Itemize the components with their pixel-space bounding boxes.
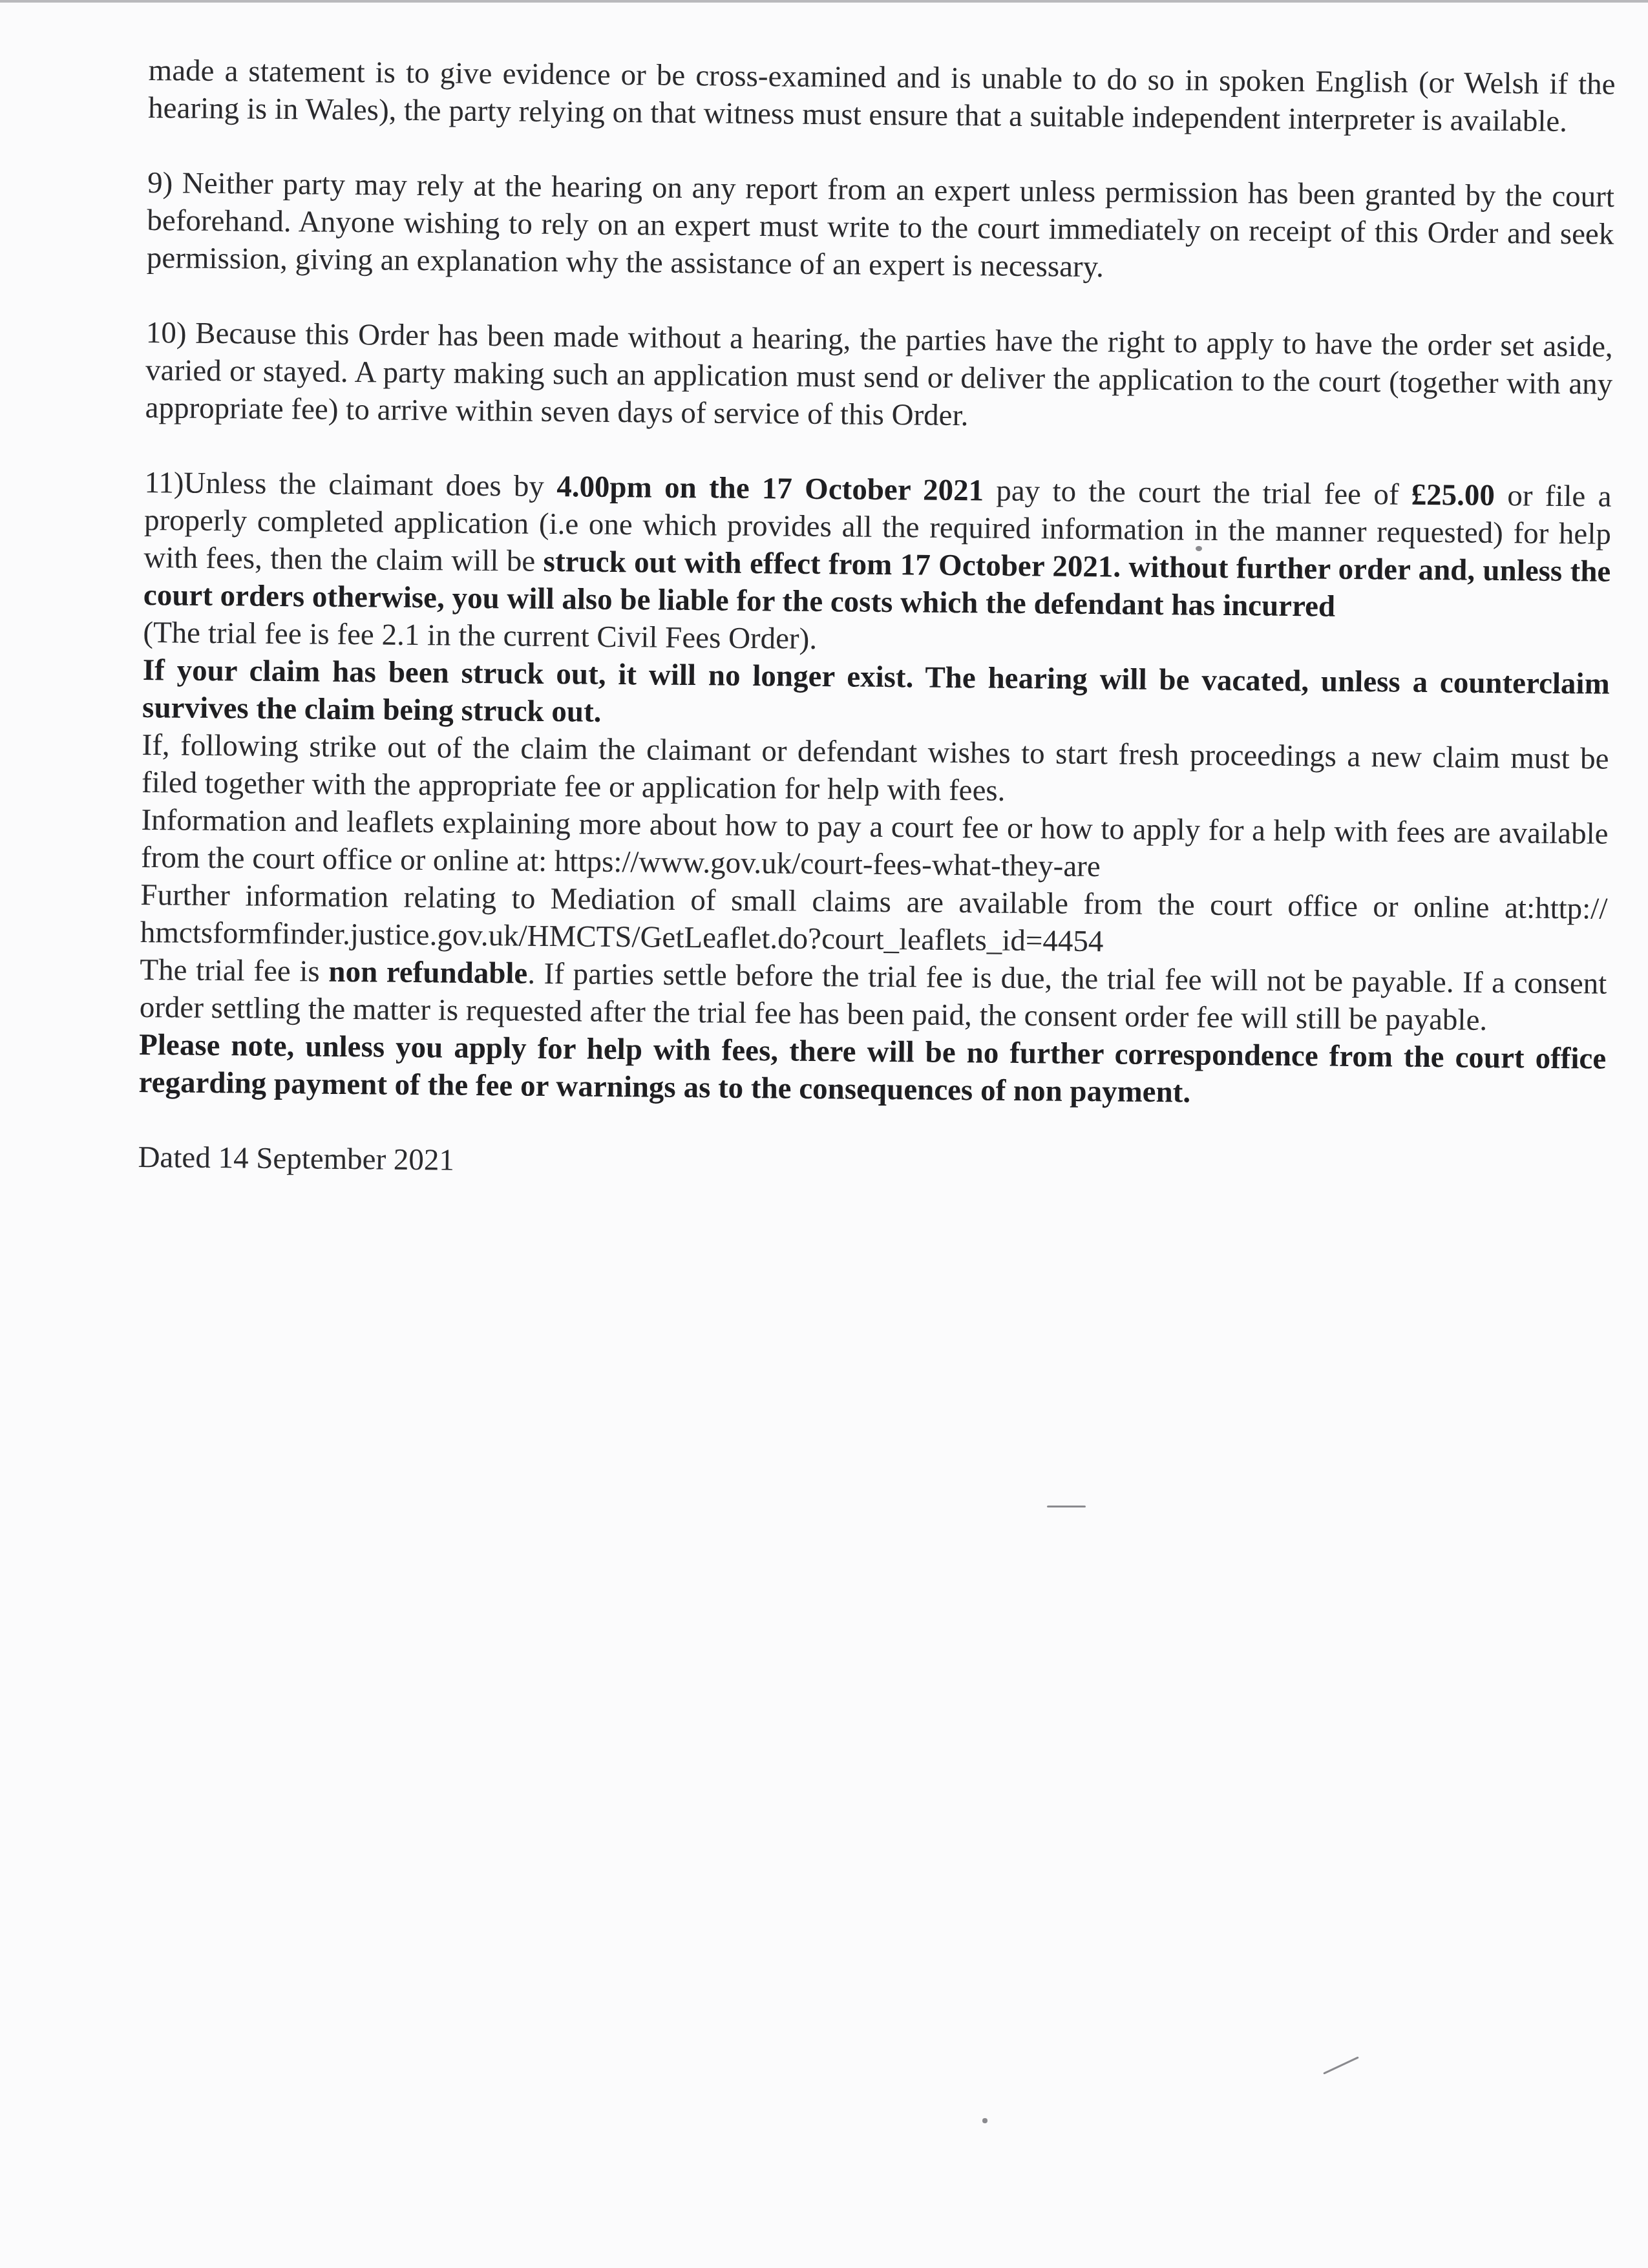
paragraph-9-expert-evidence: 9) Neither party may rely at the hearing… xyxy=(147,164,1615,291)
scan-speck xyxy=(1047,1506,1086,1507)
mediation-information: Further information relating to Mediatio… xyxy=(140,876,1608,965)
paragraph-11-trial-fee: 11)Unless the claimant does by 4.00pm on… xyxy=(143,464,1612,666)
scan-speck xyxy=(1196,546,1202,551)
court-order-page: made a statement is to give evidence or … xyxy=(138,52,1616,1190)
fee-information-leaflets: Information and leaflets explaining more… xyxy=(141,801,1609,890)
scan-speck xyxy=(1323,2056,1359,2074)
fee-deadline: 4.00pm on the 17 October 2021 xyxy=(556,470,984,507)
struck-out-notice-text: If your claim has been struck out, it wi… xyxy=(142,653,1610,729)
date-line: Dated 14 September 2021 xyxy=(138,1139,1605,1190)
non-refundable-notice: The trial fee is non refundable. If part… xyxy=(140,951,1607,1040)
please-note-warning: Please note, unless you apply for help w… xyxy=(138,1026,1606,1115)
fresh-proceedings-notice: If, following strike out of the claim th… xyxy=(142,726,1609,815)
refund-text: The trial fee is xyxy=(140,953,329,989)
struck-out-notice: If your claim has been struck out, it wi… xyxy=(142,651,1610,740)
trial-fee-text: 11)Unless the claimant does by xyxy=(144,466,556,503)
non-refundable-label: non refundable xyxy=(328,955,527,991)
scan-speck xyxy=(982,2118,988,2123)
paragraph-8-continuation: made a statement is to give evidence or … xyxy=(148,52,1616,141)
fee-amount: £25.00 xyxy=(1411,478,1495,512)
trial-fee-text: pay to the court the trial fee of xyxy=(984,474,1411,511)
scan-top-edge xyxy=(0,0,1648,3)
civil-fees-reference: (The trial fee is fee 2.1 in the current… xyxy=(143,616,817,656)
please-note-text: Please note, unless you apply for help w… xyxy=(138,1028,1606,1109)
paragraph-10-set-aside: 10) Because this Order has been made wit… xyxy=(145,314,1613,441)
